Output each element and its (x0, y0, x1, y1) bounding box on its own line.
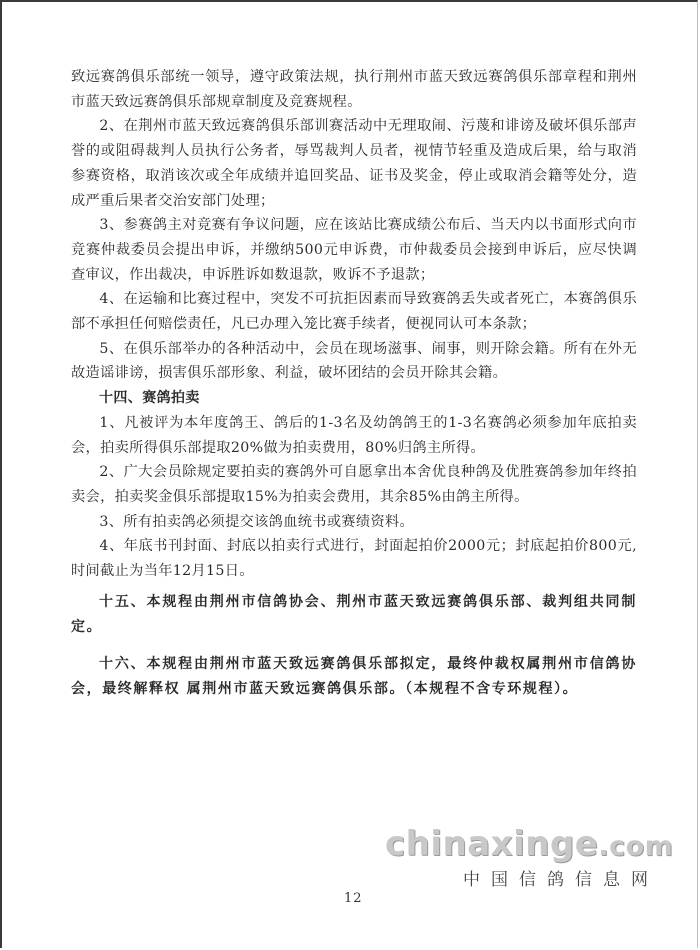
paragraph-continuation: 致远赛鸽俱乐部统一领导，遵守政策法规，执行荆州市蓝天致远赛鸽俱乐部章程和荆州市蓝… (71, 65, 637, 114)
site-watermark: chinaxinge.com 中国信鸽信息网 (385, 824, 675, 891)
watermark-chinese-name: 中国信鸽信息网 (463, 869, 675, 891)
section-heading-auction: 十四、赛鸽拍卖 (71, 386, 637, 411)
auction-item-1: 1、凡被评为本年度鸽王、鸽后的1-3名及幼鸽鸽王的1-3名赛鸽必须参加年底拍卖会… (71, 411, 637, 460)
page-number: 12 (344, 891, 363, 906)
auction-item-4: 4、年底书刊封面、封底以拍卖行式进行，封面起拍价2000元；封底起拍价800元,… (71, 534, 637, 583)
watermark-domain-suffix: .com (598, 831, 673, 862)
watermark-logo-text: chinaxinge.com (385, 824, 675, 867)
section-15-statement: 十五、本规程由荆州市信鸽协会、荆州市蓝天致远赛鸽俱乐部、裁判组共同制定。 (71, 590, 637, 640)
paragraph-rule-5: 5、在俱乐部举办的各种活动中，会员在现场滋事、闹事，则开除会籍。所有在外无故造谣… (71, 337, 637, 386)
section-16-statement: 十六、本规程由荆州市蓝天致远赛鸽俱乐部拟定，最终仲裁权属荆州市信鸽协会，最终解释… (71, 652, 637, 702)
paragraph-rule-2: 2、在荆州市蓝天致远赛鸽俱乐部训赛活动中无理取闹、污蔑和诽谤及破坏俱乐部声誉的或… (71, 114, 637, 213)
watermark-domain: chinaxinge (385, 824, 598, 864)
document-body: 致远赛鸽俱乐部统一领导，遵守政策法规，执行荆州市蓝天致远赛鸽俱乐部章程和荆州市蓝… (71, 65, 637, 702)
auction-item-2: 2、广大会员除规定要拍卖的赛鸽外可自愿拿出本舍优良种鸽及优胜赛鸽参加年终拍卖会，… (71, 460, 637, 509)
auction-item-3: 3、所有拍卖鸽必须提交该鸽血统书或赛绩资料。 (71, 510, 637, 535)
document-page: 致远赛鸽俱乐部统一领导，遵守政策法规，执行荆州市蓝天致远赛鸽俱乐部章程和荆州市蓝… (0, 0, 698, 948)
paragraph-rule-3: 3、参赛鸽主对竞赛有争议问题，应在该站比赛成绩公布后、当天内以书面形式向市竞赛仲… (71, 213, 637, 287)
paragraph-rule-4: 4、在运输和比赛过程中，突发不可抗拒因素而导致赛鸽丢失或者死亡，本赛鸽俱乐部不承… (71, 287, 637, 336)
